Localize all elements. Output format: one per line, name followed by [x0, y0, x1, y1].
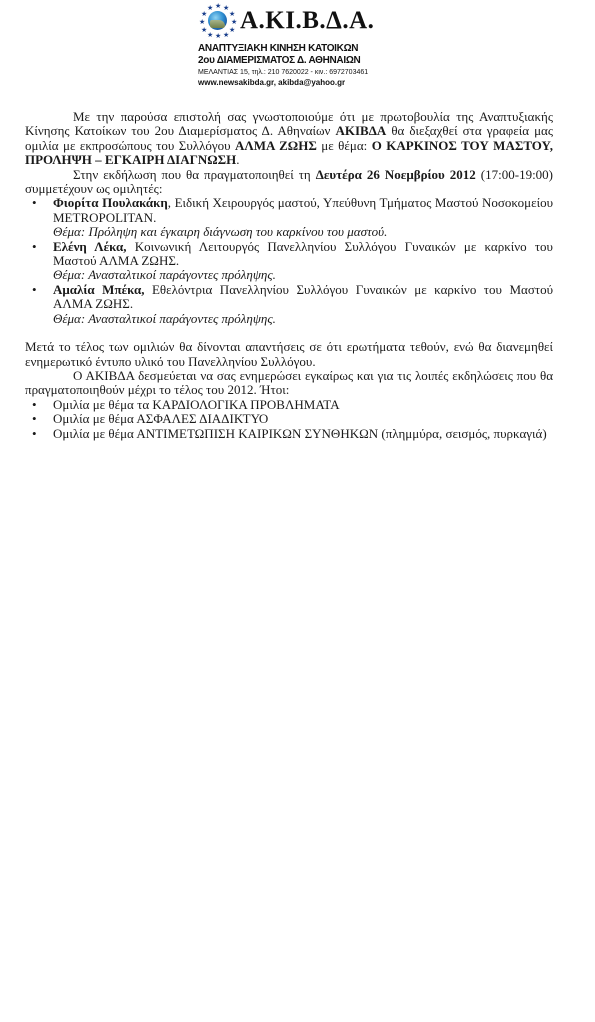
org-web-email: www.newsakibda.gr, akibda@yahoo.gr — [198, 78, 418, 88]
upcoming-event-item: Ομιλία με θέμα ΑΝΤΙΜΕΤΩΠΙΣΗ ΚΑΙΡΙΚΩΝ ΣΥΝ… — [25, 427, 553, 441]
org-full-name: ΑΝΑΠΤΥΞΙΑΚΗ ΚΙΝΗΣΗ ΚΑΤΟΙΚΩΝ — [198, 43, 418, 55]
letterhead: ★ ★ ★ ★ ★ ★ ★ ★ ★ ★ ★ ★ Α.ΚΙ.Β.Δ.Α. ΑΝΑΠ… — [198, 3, 418, 88]
upcoming-event-item: Ομιλία με θέμα ΑΣΦΑΛΕΣ ΔΙΑΔΙΚΤΥΟ — [25, 412, 553, 426]
org-name: ΑΚΙΒΔΑ — [336, 123, 387, 138]
upcoming-intro-paragraph: Ο ΑΚΙΒΔΑ δεσμεύεται να σας ενημερώσει εγ… — [25, 369, 553, 398]
letter-body: Με την παρούσα επιστολή σας γνωστοποιούμ… — [25, 110, 553, 441]
globe-stars-logo-icon: ★ ★ ★ ★ ★ ★ ★ ★ ★ ★ ★ ★ — [198, 3, 236, 39]
association-name: ΑΛΜΑ ΖΩΗΣ — [235, 138, 317, 153]
speakers-list: Φιορίτα Πουλακάκη, Ειδική Χειρουργός μασ… — [25, 196, 553, 326]
speaker-topic: Θέμα: Ανασταλτικοί παράγοντες πρόληψης. — [53, 268, 553, 282]
speaker-item: Φιορίτα Πουλακάκη, Ειδική Χειρουργός μασ… — [25, 196, 553, 239]
speaker-item: Ελένη Λέκα, Κοινωνική Λειτουργός Πανελλη… — [25, 240, 553, 283]
speaker-name: Φιορίτα Πουλακάκη — [53, 195, 168, 210]
intro-paragraph: Με την παρούσα επιστολή σας γνωστοποιούμ… — [25, 110, 553, 168]
event-date: Δευτέρα 26 Νοεμβρίου 2012 — [316, 167, 476, 182]
speaker-topic: Θέμα: Ανασταλτικοί παράγοντες πρόληψης. — [53, 312, 553, 326]
speaker-name: Αμαλία Μπέκα, — [53, 282, 144, 297]
speaker-item: Αμαλία Μπέκα, Εθελόντρια Πανελληνίου Συλ… — [25, 283, 553, 326]
event-paragraph: Στην εκδήλωση που θα πραγματοποιηθεί τη … — [25, 168, 553, 197]
org-address-phone: ΜΕΛΑΝΤΙΑΣ 15, τηλ.: 210 7620022 - κιν.: … — [198, 68, 418, 78]
document-page: ★ ★ ★ ★ ★ ★ ★ ★ ★ ★ ★ ★ Α.ΚΙ.Β.Δ.Α. ΑΝΑΠ… — [0, 0, 595, 1022]
org-district: 2ου ΔΙΑΜΕΡΙΣΜΑΤΟΣ Δ. ΑΘΗΝΑΙΩΝ — [198, 55, 418, 67]
org-title: Α.ΚΙ.Β.Δ.Α. — [240, 7, 374, 35]
upcoming-events-list: Ομιλία με θέμα τα ΚΑΡΔΙΟΛΟΓΙΚΑ ΠΡΟΒΛΗΜΑΤ… — [25, 398, 553, 441]
closing-paragraph: Μετά το τέλος των ομιλιών θα δίνονται απ… — [25, 340, 553, 369]
logo-row: ★ ★ ★ ★ ★ ★ ★ ★ ★ ★ ★ ★ Α.ΚΙ.Β.Δ.Α. — [198, 3, 418, 39]
upcoming-event-item: Ομιλία με θέμα τα ΚΑΡΔΙΟΛΟΓΙΚΑ ΠΡΟΒΛΗΜΑΤ… — [25, 398, 553, 412]
speaker-name: Ελένη Λέκα, — [53, 239, 127, 254]
speaker-topic: Θέμα: Πρόληψη και έγκαιρη διάγνωση του κ… — [53, 225, 553, 239]
